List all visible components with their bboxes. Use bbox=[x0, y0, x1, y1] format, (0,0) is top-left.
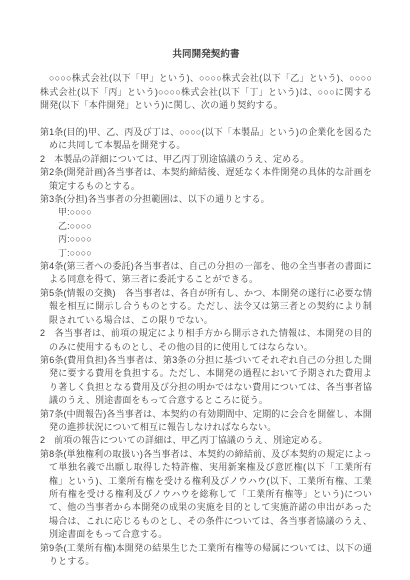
preamble-paragraph: ○○○○株式会社(以下「甲」という)、○○○○株式会社(以下「乙」という)、○○… bbox=[40, 72, 372, 112]
share-line-hei: 丙:○○○○ bbox=[40, 233, 372, 246]
article-3-clause: 第3条(分担)各当事者の分担範囲は、以下の通りとする。 bbox=[40, 193, 372, 206]
article-7-subitem-2: 2 前項の報告についての詳細は、甲乙丙丁協議のうえ、別途定める。 bbox=[40, 434, 372, 447]
share-line-otsu: 乙:○○○○ bbox=[40, 220, 372, 233]
article-2-clause: 第2条(開発計画)各当事者は、本契約締結後、遅延なく本件開発の具体的な計画を策定… bbox=[40, 166, 372, 193]
article-6-clause: 第6条(費用負担)各当事者は、第3条の分担に基づいてそれぞれ自己の分担した開発に… bbox=[40, 354, 372, 408]
article-5-subitem-2: 2 各当事者は、前項の規定により相手方から開示された情報は、本開発の目的のみに使… bbox=[40, 327, 372, 354]
article-9-clause: 第9条(工業所有権)本開発の結果生じた工業所有権等の帰属については、以下の通りと… bbox=[40, 542, 372, 569]
article-1-clause: 第1条(目的)甲、乙、丙及び丁は、○○○○(以下「本製品」という)の企業化を図る… bbox=[40, 126, 372, 153]
share-line-kou: 甲:○○○○ bbox=[40, 206, 372, 219]
article-4-clause: 第4条(第三者への委託)各当事者は、自己の分担の一部を、他の全当事者の書面による… bbox=[40, 260, 372, 287]
share-line-tei: 丁:○○○○ bbox=[40, 247, 372, 260]
article-8-clause: 第8条(単独権利の取扱い)各当事者は、本契約の締結前、及び本契約の規定によって単… bbox=[40, 448, 372, 542]
article-1-subitem-2: 2 本製品の詳細については、甲乙丙丁別途協議のうえ、定める。 bbox=[40, 153, 372, 166]
contract-document-page: 共同開発契約書 ○○○○株式会社(以下「甲」という)、○○○○株式会社(以下「乙… bbox=[0, 0, 410, 580]
document-title: 共同開発契約書 bbox=[40, 48, 372, 61]
article-7-clause: 第7条(中間報告)各当事者は、本契約の有効期間中、定期的に会合を開催し、本開発の… bbox=[40, 408, 372, 435]
article-5-clause: 第5条(情報の交換) 各当事者は、各自が所有し、かつ、本開発の遂行に必要な情報を… bbox=[40, 287, 372, 327]
